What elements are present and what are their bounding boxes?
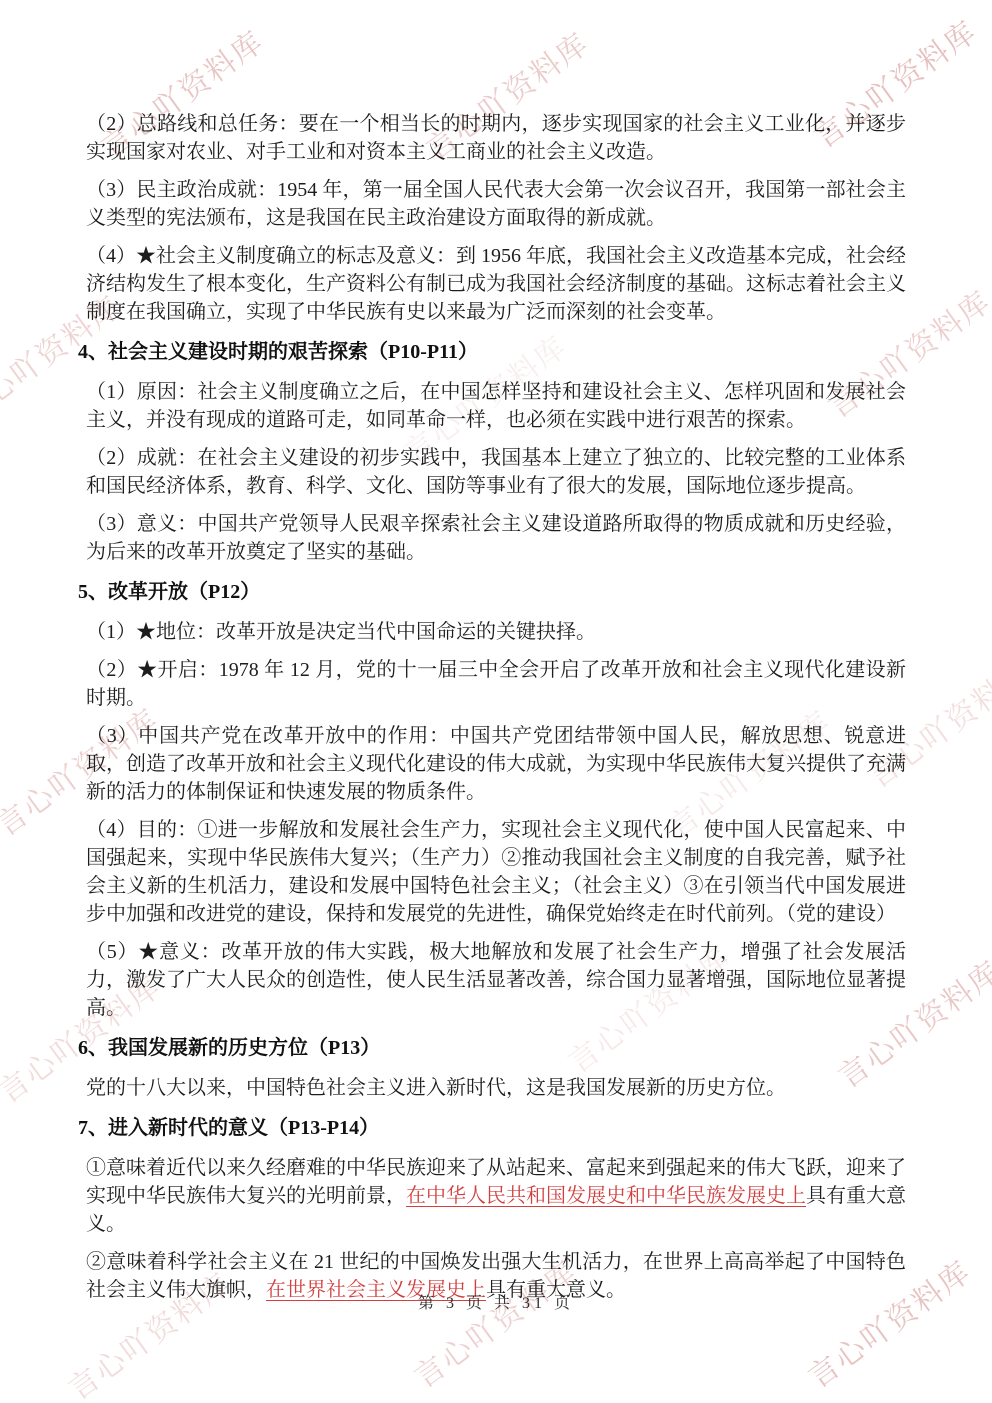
page-footer: 第 3 页 共 31 页 [0,1290,992,1313]
para-reform-purpose: （4）目的：①进一步解放和发展社会生产力，实现社会主义现代化，使中国人民富起来、… [86,816,906,928]
document-content: （2）总路线和总任务：要在一个相当长的时期内，逐步实现国家的社会主义工业化，并逐… [0,0,992,1304]
para-socialist-system-establishment: （4）★社会主义制度确立的标志及意义：到 1956 年底，我国社会主义改造基本完… [86,242,906,326]
para-exploration-significance: （3）意义：中国共产党领导人民艰辛探索社会主义建设道路所取得的物质成就和历史经验… [86,510,906,566]
section-heading-4-arduous-exploration: 4、社会主义建设时期的艰苦探索（P10-P11） [78,338,906,366]
document-page: 言心吖资料库 言心吖资料库 言心吖资料库 言心吖资料库 言心吖资料库 言心吖资料… [0,0,992,1403]
para-democratic-politics-achievement: （3）民主政治成就：1954 年，第一届全国人民代表大会第一次会议召开，我国第一… [86,176,906,232]
section-heading-5-reform-opening: 5、改革开放（P12） [78,578,906,606]
para-reform-start: （2）★开启：1978 年 12 月，党的十一届三中全会开启了改革开放和社会主义… [86,656,906,712]
page-number: 第 3 页 共 31 页 [418,1295,574,1312]
para-exploration-achievement: （2）成就：在社会主义建设的初步实践中，我国基本上建立了独立的、比较完整的工业体… [86,444,906,500]
red-underlined-text: 在中华人民共和国发展史和中华民族发展史上 [406,1185,806,1207]
section-heading-6-new-historical-position: 6、我国发展新的历史方位（P13） [78,1034,906,1062]
para-exploration-reason: （1）原因：社会主义制度确立之后，在中国怎样坚持和建设社会主义、怎样巩固和发展社… [86,378,906,434]
para-new-era-position: 党的十八大以来，中国特色社会主义进入新时代，这是我国发展新的历史方位。 [86,1074,906,1102]
para-new-era-significance-1: ①意味着近代以来久经磨难的中华民族迎来了从站起来、富起来到强起来的伟大飞跃，迎来… [86,1154,906,1238]
para-reform-status: （1）★地位：改革开放是决定当代中国命运的关键抉择。 [86,618,906,646]
para-party-role-in-reform: （3）中国共产党在改革开放中的作用：中国共产党团结带领中国人民，解放思想、锐意进… [86,722,906,806]
para-reform-significance: （5）★意义：改革开放的伟大实践，极大地解放和发展了社会生产力，增强了社会发展活… [86,938,906,1022]
para-general-line-and-task: （2）总路线和总任务：要在一个相当长的时期内，逐步实现国家的社会主义工业化，并逐… [86,110,906,166]
section-heading-7-new-era-significance: 7、进入新时代的意义（P13-P14） [78,1114,906,1142]
